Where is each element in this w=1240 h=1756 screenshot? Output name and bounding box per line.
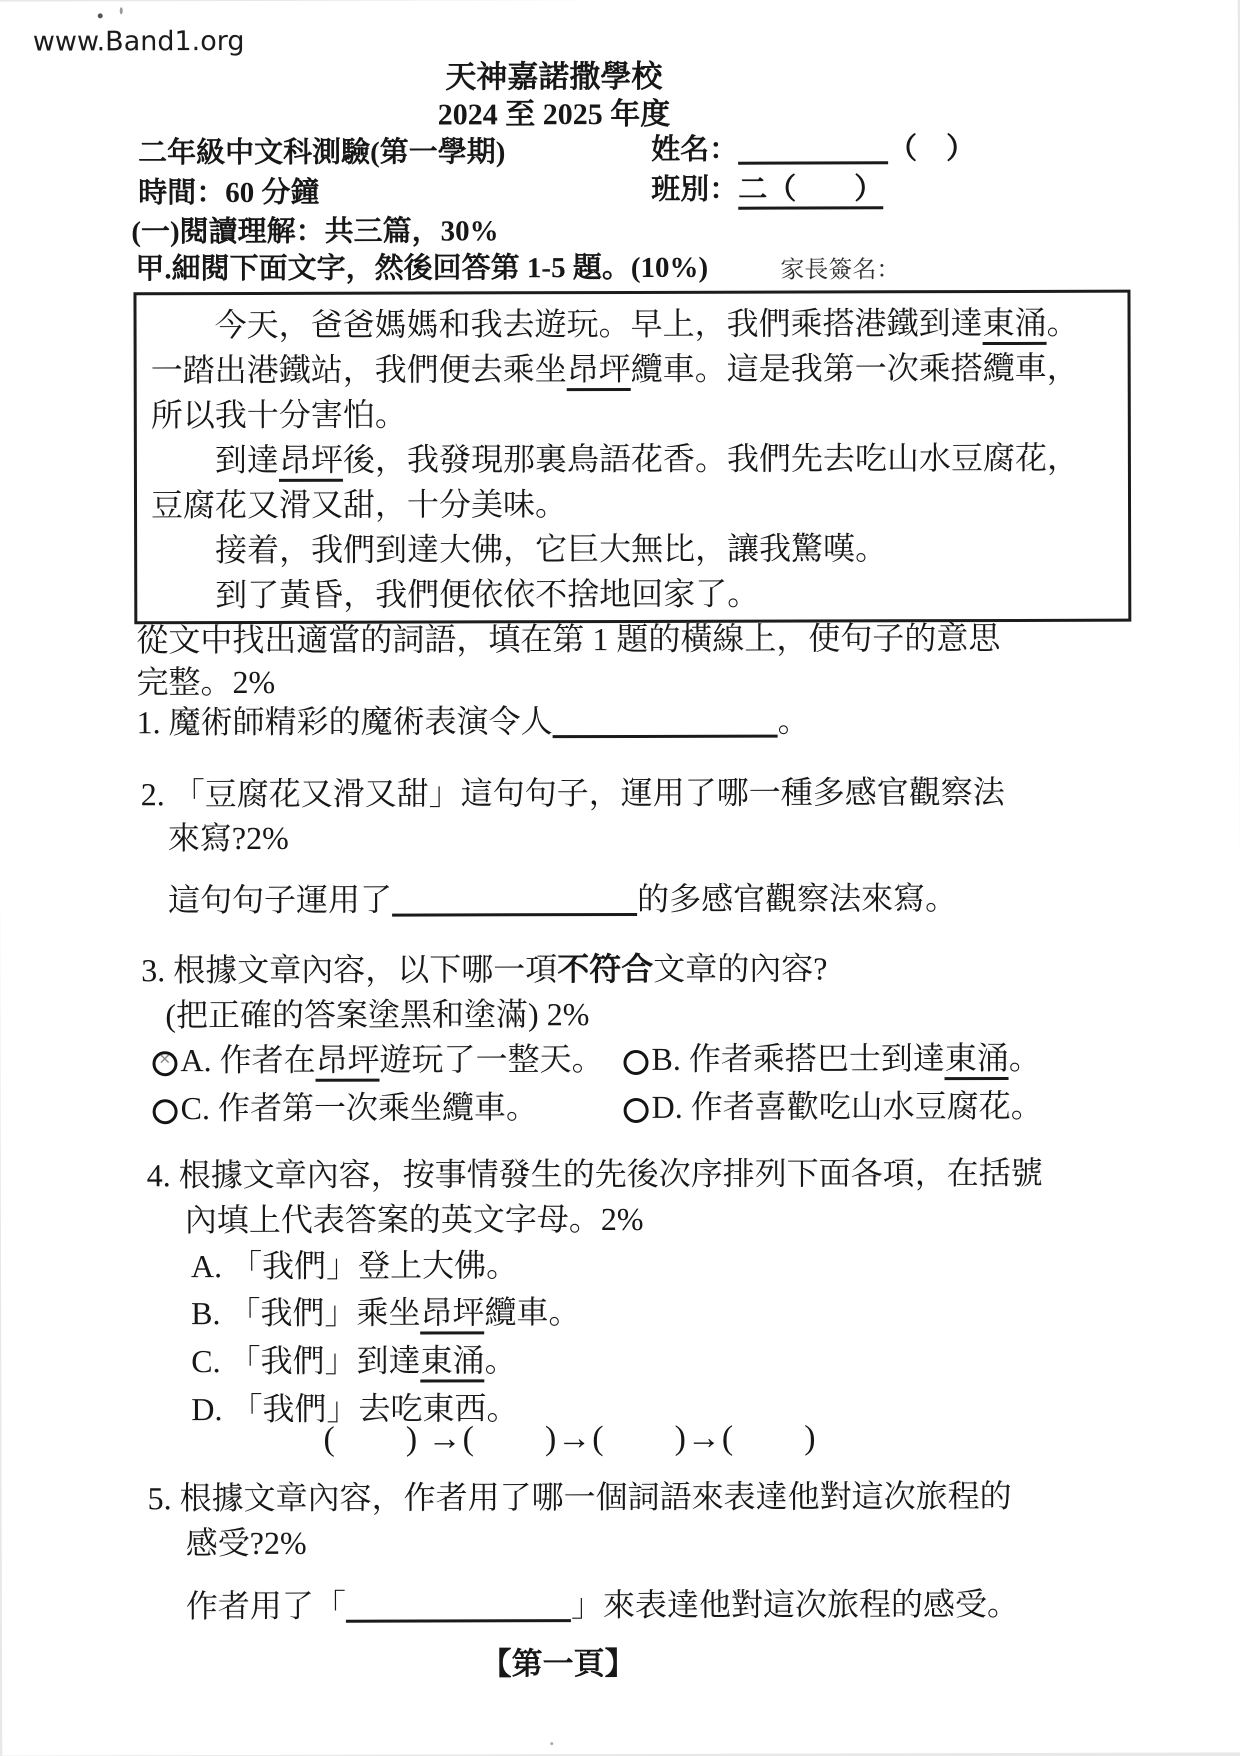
watermark-brand: www.Band1.org bbox=[33, 25, 245, 59]
passage-line: 豆腐花又滑又甜，十分美味。 bbox=[151, 481, 1118, 529]
name-label: 姓名： bbox=[651, 134, 738, 166]
name-field: 姓名：（ ） bbox=[651, 131, 975, 168]
q1-instruction-line2: 完整。2% bbox=[136, 662, 275, 702]
reading-passage: 今天，爸爸媽媽和我去遊玩。早上，我們乘搭港鐵到達東涌。 一踏出港鐵站，我們便去乘… bbox=[133, 290, 1131, 625]
q3-bold-term: 不符合 bbox=[557, 951, 653, 987]
school-name: 天神嘉諾撒學校 bbox=[0, 57, 1110, 99]
option-bubble-a[interactable] bbox=[152, 1051, 177, 1076]
q4-item-a: A. 「我們」登上大佛。 bbox=[191, 1245, 518, 1286]
question-4-line1: 4. 根據文章內容，按事情發生的先後次序排列下面各項，在括號 bbox=[147, 1153, 1043, 1195]
name-mark-parens[interactable]: （ ） bbox=[888, 133, 975, 165]
option-bubble-c[interactable] bbox=[153, 1099, 178, 1124]
name-blank[interactable] bbox=[738, 153, 888, 164]
section-heading: (一)閱讀理解：共三篇，30% bbox=[131, 213, 498, 250]
question-3-note: (把正確的答案塗黑和塗滿) 2% bbox=[165, 994, 589, 1035]
question-5-fill: 作者用了「」來表達他對這次旅程的感受。 bbox=[186, 1584, 1019, 1626]
q4-item-c: C. 「我們」到達東涌。 bbox=[191, 1340, 516, 1381]
parent-signature-label[interactable]: 家長簽名： bbox=[780, 255, 900, 285]
class-blank[interactable]: 二（ ） bbox=[738, 173, 883, 209]
class-label: 班別： bbox=[651, 174, 738, 206]
scanned-exam-page: www.Band1.org 天神嘉諾撒學校 2024 至 2025 年度 二年級… bbox=[0, 0, 1240, 1756]
passage-line: 到了黃昏，我們便依依不捨地回家了。 bbox=[151, 571, 1118, 619]
class-field: 班別：二（ ） bbox=[651, 171, 883, 208]
option-bubble-b[interactable] bbox=[623, 1050, 648, 1075]
exam-title: 二年級中文科測驗(第一學期) bbox=[138, 134, 505, 171]
scan-speck bbox=[120, 7, 123, 14]
part-a-heading: 甲.細閱下面文字，然後回答第 1-5 題。(10%) bbox=[135, 250, 708, 288]
passage-line: 接着，我們到達大佛，它巨大無比，讓我驚嘆。 bbox=[151, 526, 1118, 574]
question-5-line2: 感受?2% bbox=[186, 1523, 307, 1563]
question-2-line1: 2. 「豆腐花又滑又甜」這句句子，運用了哪一種多感官觀察法 bbox=[141, 772, 1005, 814]
question-2-line2: 來寫?2% bbox=[168, 818, 289, 858]
scan-speck bbox=[550, 1742, 553, 1745]
q1-answer-blank[interactable] bbox=[553, 727, 778, 739]
passage-line: 到達昂坪後，我發現那裏鳥語花香。我們先去吃山水豆腐花， bbox=[151, 436, 1118, 484]
exam-time: 時間：60 分鐘 bbox=[138, 175, 319, 212]
q3-option-d[interactable]: D. 作者喜歡吃山水豆腐花。 bbox=[624, 1086, 1043, 1127]
question-4-line2: 內填上代表答案的英文字母。2% bbox=[185, 1199, 644, 1240]
q3-option-c[interactable]: C. 作者第一次乘坐纜車。 bbox=[153, 1087, 538, 1128]
question-1: 1. 魔術師精彩的魔術表演令人。 bbox=[137, 701, 810, 743]
question-3-line1: 3. 根據文章內容，以下哪一項不符合文章的內容? bbox=[141, 948, 827, 990]
passage-line: 所以我十分害怕。 bbox=[151, 391, 1118, 439]
q1-instruction-line1: 從文中找出適當的詞語，填在第 1 題的橫線上，使句子的意思 bbox=[136, 618, 1000, 660]
scan-speck bbox=[98, 13, 103, 18]
q3-option-b[interactable]: B. 作者乘搭巴士到達東涌。 bbox=[623, 1038, 1040, 1079]
academic-year: 2024 至 2025 年度 bbox=[0, 95, 1110, 135]
question-2-fill: 這句句子運用了的多感官觀察法來寫。 bbox=[168, 878, 957, 920]
page-number-footer: 【第一頁】 bbox=[2, 1644, 1114, 1686]
q2-answer-blank[interactable] bbox=[392, 905, 637, 917]
question-5-line1: 5. 根據文章內容，作者用了哪一個詞語來表達他對這次旅程的 bbox=[148, 1476, 1012, 1518]
q4-item-b: B. 「我們」乘坐昂坪纜車。 bbox=[191, 1292, 580, 1333]
option-bubble-d[interactable] bbox=[624, 1098, 649, 1123]
passage-line: 今天，爸爸媽媽和我去遊玩。早上，我們乘搭港鐵到達東涌。 bbox=[150, 301, 1117, 349]
q4-sequence-blanks[interactable]: ( ) →( )→( )→( ) bbox=[323, 1417, 816, 1461]
q5-answer-blank[interactable] bbox=[346, 1611, 571, 1623]
passage-line: 一踏出港鐵站，我們便去乘坐昂坪纜車。這是我第一次乘搭纜車， bbox=[151, 346, 1118, 394]
q3-option-a[interactable]: A. 作者在昂坪遊玩了一整天。 bbox=[152, 1039, 603, 1080]
